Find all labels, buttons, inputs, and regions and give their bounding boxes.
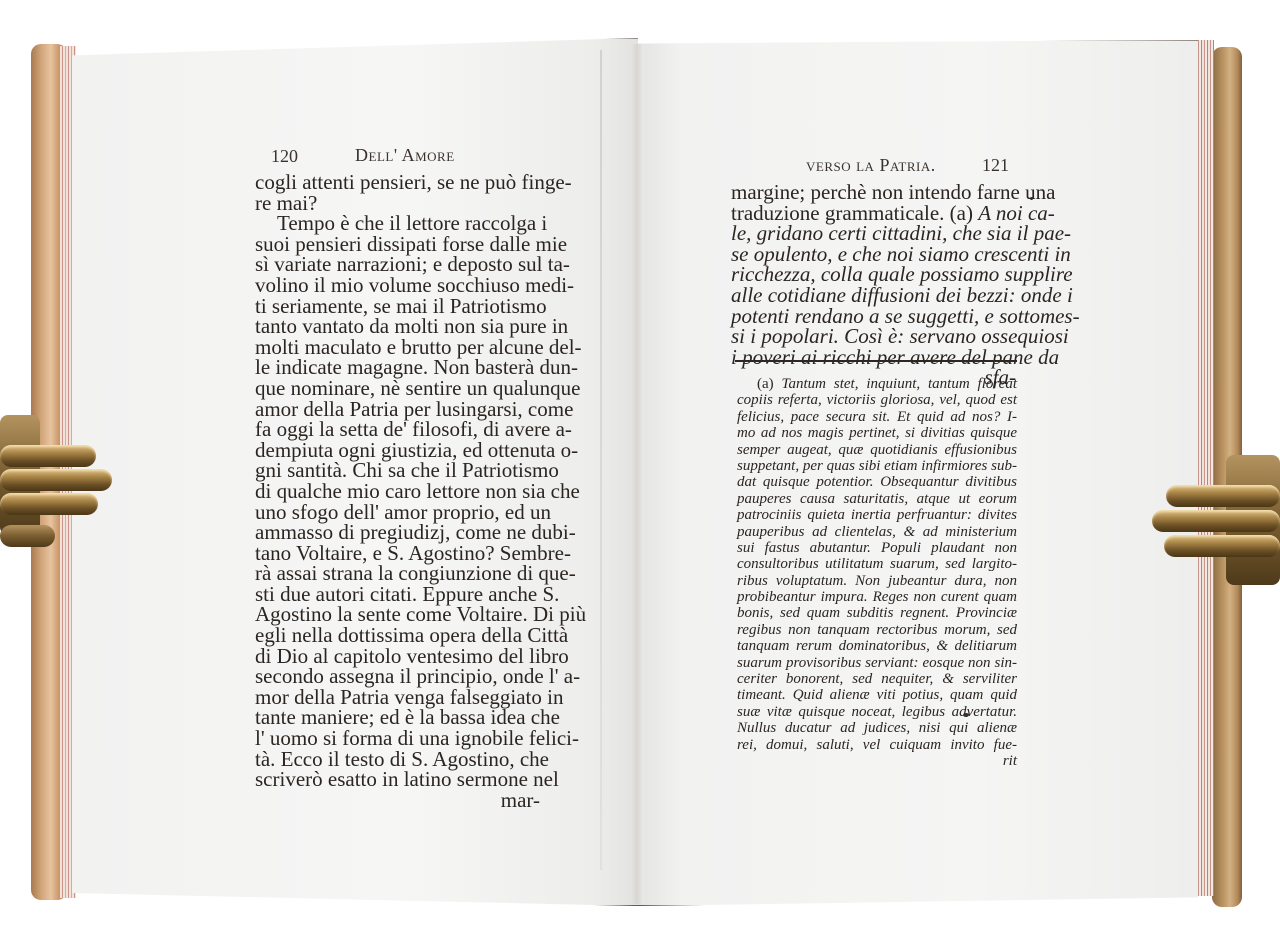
text-line: tà. Ecco il testo di S. Agostino, che bbox=[255, 749, 540, 770]
text-line: alle cotidiane diffusioni dei bezzi: ond… bbox=[731, 285, 1016, 306]
footnote-line: semper augeat, quæ quotidianis effusioni… bbox=[737, 442, 1017, 458]
footnote-line: patrociniis quieta inertia perfruantur: … bbox=[737, 507, 1017, 523]
footnote-text: suppetant, per quas sibi etiam infirmior… bbox=[737, 458, 1017, 474]
left-page-number: 120 bbox=[271, 146, 298, 167]
text-line: i poveri ai ricchi per avere del pane da bbox=[731, 347, 1016, 368]
footnote-line: suarum provisoribus serviant: eosque non… bbox=[737, 655, 1017, 671]
brass-page-clip-left bbox=[0, 395, 120, 560]
text-line: potenti rendano a se suggetti, e sottome… bbox=[731, 306, 1016, 327]
brass-page-clip-right bbox=[1146, 440, 1280, 600]
text-line: egli nella dottissima opera della Città bbox=[255, 625, 540, 646]
text-line: tante maniere; ed è la bassa idea che bbox=[255, 707, 540, 728]
footnote-text: ribus voluptatum. Non jubeantur dura, no… bbox=[737, 573, 1017, 589]
text-line: re mai? bbox=[255, 193, 540, 214]
footnote-line: pauperes causa saturitatis, atque ut eor… bbox=[737, 491, 1017, 507]
book-gutter bbox=[630, 44, 644, 904]
text-line: tano Voltaire, e S. Agostino? Sembre- bbox=[255, 543, 540, 564]
ink-speck bbox=[963, 713, 969, 717]
footnote: (a) Tantum stet, inquiunt, tantum florea… bbox=[737, 376, 1017, 769]
text-line: ricchezza, colla quale possiamo supplire bbox=[731, 264, 1016, 285]
footnote-text: sui fastus abutantur. Populi plaudant no… bbox=[737, 540, 1017, 556]
footnote-line: rei, domui, saluti, vel cuiquam invito f… bbox=[737, 737, 1017, 753]
text-line: si i popolari. Così è: servano ossequios… bbox=[731, 326, 1016, 347]
text-line: l' uomo si forma di una ignobile felici- bbox=[255, 728, 540, 749]
text-line: uno sfogo dell' amor proprio, ed un bbox=[255, 502, 540, 523]
left-page-body: cogli attenti pensieri, se ne può finge-… bbox=[255, 172, 540, 810]
footnote-text: dat quisque potentior. Obsequantur divit… bbox=[737, 474, 1017, 490]
text-line: traduzione grammaticale. (a) A noi ca- bbox=[731, 203, 1016, 224]
text-line: dempiuta ogni giustizia, ed ottenuta o- bbox=[255, 440, 540, 461]
text-line: sì variate narrazioni; e deposto sul ta- bbox=[255, 254, 540, 275]
footnote-text: pauperibus ad clientelas, & ad ministeri… bbox=[737, 524, 1017, 540]
text-line: ti seriamente, se mai il Patriotismo bbox=[255, 296, 540, 317]
footnote-marker: (a) bbox=[757, 376, 782, 392]
text-line: sti due autori citati. Eppure anche S. bbox=[255, 584, 540, 605]
text-line: molti maculato e brutto per alcune del- bbox=[255, 337, 540, 358]
footnote-text: suarum provisoribus serviant: eosque non… bbox=[737, 655, 1017, 671]
text-line: suoi pensieri dissipati forse dalle mie bbox=[255, 234, 540, 255]
footnote-line: sui fastus abutantur. Populi plaudant no… bbox=[737, 540, 1017, 556]
footnote-line: dat quisque potentior. Obsequantur divit… bbox=[737, 474, 1017, 490]
footnote-line: (a) Tantum stet, inquiunt, tantum florea… bbox=[737, 376, 1017, 392]
text-line: rà assai strana la congiunzione di que- bbox=[255, 563, 540, 584]
text-line: secondo assegna il principio, onde l' a- bbox=[255, 666, 540, 687]
text-line: tanto vantato da molti non sia pure in bbox=[255, 316, 540, 337]
text-line: scriverò esatto in latino sermone nel bbox=[255, 769, 540, 790]
footnote-rule bbox=[735, 360, 1017, 362]
footnote-line: felicius, pace secura sit. Et quid ad no… bbox=[737, 409, 1017, 425]
page-crease bbox=[600, 50, 602, 870]
footnote-text: ceriter bonorent, sed nequiter, & servil… bbox=[737, 671, 1017, 687]
footnote-text: Nullus ducatur ad judices, nisi qui alie… bbox=[737, 720, 1017, 736]
footnote-text: rei, domui, saluti, vel cuiquam invito f… bbox=[737, 737, 1017, 753]
left-running-head: Dell' Amore bbox=[355, 145, 455, 166]
text-line: di qualche mio caro lettore non sia che bbox=[255, 481, 540, 502]
text-line: amor della Patria per lusingarsi, come bbox=[255, 399, 540, 420]
text-line: fa oggi la setta de' filosofi, di avere … bbox=[255, 419, 540, 440]
footnote-line: regibus non tanquam rectoribus morum, se… bbox=[737, 622, 1017, 638]
text-line: que nominare, nè sentire un qualunque bbox=[255, 378, 540, 399]
text-line: le indicate magagne. Non basterà dun- bbox=[255, 357, 540, 378]
footnote-text: tanquam rerum dominatoribus, & delitiaru… bbox=[737, 638, 1017, 654]
footnote-text: regibus non tanquam rectoribus morum, se… bbox=[737, 622, 1017, 638]
right-running-head: verso la Patria. bbox=[806, 155, 936, 176]
catchword: mar- bbox=[255, 790, 540, 811]
footnote-text: Tantum stet, inquiunt, tantum floreat bbox=[782, 376, 1017, 392]
text-line: volino il mio volume socchiuso medi- bbox=[255, 275, 540, 296]
footnote-text: patrociniis quieta inertia perfruantur: … bbox=[737, 507, 1017, 523]
footnote-line: timeant. Quid alienæ viti potius, quam q… bbox=[737, 687, 1017, 703]
footnote-line: consultoribus utilitatum suarum, sed lar… bbox=[737, 556, 1017, 572]
footnote-line: ceriter bonorent, sed nequiter, & servil… bbox=[737, 671, 1017, 687]
ink-speck bbox=[1030, 197, 1033, 200]
right-page-number: 121 bbox=[982, 155, 1009, 176]
text-line: Tempo è che il lettore raccolga i bbox=[255, 213, 540, 234]
text-line: se opulento, e che noi siamo crescenti i… bbox=[731, 244, 1016, 265]
footnote-text: consultoribus utilitatum suarum, sed lar… bbox=[737, 556, 1017, 572]
footnote-line: Nullus ducatur ad judices, nisi qui alie… bbox=[737, 720, 1017, 736]
footnote-line: mo ad nos magis pertinet, si divitias qu… bbox=[737, 425, 1017, 441]
footnote-text: probibeantur impura. Reges non curent qu… bbox=[737, 589, 1017, 605]
footnote-line: pauperibus ad clientelas, & ad ministeri… bbox=[737, 524, 1017, 540]
text-line: cogli attenti pensieri, se ne può finge- bbox=[255, 172, 540, 193]
footnote-text: bonis, sed quam subditis regnent. Provin… bbox=[737, 605, 1017, 621]
footnote-text: pauperes causa saturitatis, atque ut eor… bbox=[737, 491, 1017, 507]
footnote-line: suppetant, per quas sibi etiam infirmior… bbox=[737, 458, 1017, 474]
text-line: ammasso di pregiudizj, come ne dubi- bbox=[255, 522, 540, 543]
text-line: le, gridano certi cittadini, che sia il … bbox=[731, 223, 1016, 244]
footnote-text: semper augeat, quæ quotidianis effusioni… bbox=[737, 442, 1017, 458]
footnote-text: timeant. Quid alienæ viti potius, quam q… bbox=[737, 687, 1017, 703]
footnote-catchword: rit bbox=[737, 753, 1017, 769]
footnote-text: copiis referta, victoriis gloriosa, vel,… bbox=[737, 392, 1017, 408]
footnote-line: tanquam rerum dominatoribus, & delitiaru… bbox=[737, 638, 1017, 654]
text-line: Agostino la sente come Voltaire. Di più bbox=[255, 604, 540, 625]
footnote-text: felicius, pace secura sit. Et quid ad no… bbox=[737, 409, 1017, 425]
footnote-line: copiis referta, victoriis gloriosa, vel,… bbox=[737, 392, 1017, 408]
footnote-line: ribus voluptatum. Non jubeantur dura, no… bbox=[737, 573, 1017, 589]
footnote-line: probibeantur impura. Reges non curent qu… bbox=[737, 589, 1017, 605]
footnote-line: suæ vitæ quisque noceat, legibus adverta… bbox=[737, 704, 1017, 720]
text-line: margine; perchè non intendo farne una bbox=[731, 182, 1016, 203]
footnote-line: bonis, sed quam subditis regnent. Provin… bbox=[737, 605, 1017, 621]
footnote-text: mo ad nos magis pertinet, si divitias qu… bbox=[737, 425, 1017, 441]
text-line: di Dio al capitolo ventesimo del libro bbox=[255, 646, 540, 667]
right-page-body: margine; perchè non intendo farne unatra… bbox=[731, 182, 1016, 388]
footnote-text: suæ vitæ quisque noceat, legibus adverta… bbox=[737, 704, 1017, 720]
text-line: gni santità. Chi sa che il Patriotismo bbox=[255, 460, 540, 481]
text-line: mor della Patria venga falseggiato in bbox=[255, 687, 540, 708]
